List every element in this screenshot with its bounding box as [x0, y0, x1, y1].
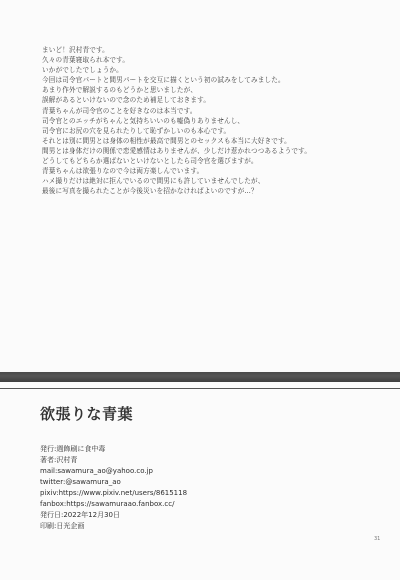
colophon-author: 著者:沢村青: [40, 455, 187, 466]
afterword-line: 最後に写真を撮られたことが今後災いを招かなければよいのですが…？: [42, 186, 382, 196]
afterword-line: あまり作外で解説するのもどうかと思いましたが、: [42, 85, 382, 95]
afterword-line: 司令官とのエッチがちゃんと気持ちいいのも嘘偽りありませんし、: [42, 116, 382, 126]
afterword-line: それとは別に間男とは身体の相性が最高で間男とのセックスも本当に大好きです。: [42, 136, 382, 146]
colophon-publisher: 発行:週飾刷に食中毒: [40, 444, 187, 455]
colophon-fanbox: fanbox:https://sawamuraao.fanbox.cc/: [40, 499, 187, 510]
afterword-line: ハメ撮りだけは絶対に拒んでいるので間男にも許していませんでしたが、: [42, 176, 382, 186]
afterword-text: まいど！沢村青です。 久々の青葉寝取られ本です。 いかがでしたでしょうか。 今回…: [42, 45, 382, 196]
divider-thick-bar: [0, 372, 400, 382]
afterword-line: まいど！沢村青です。: [42, 45, 382, 55]
afterword-line: いかがでしたでしょうか。: [42, 65, 382, 75]
divider-thin-line: [0, 388, 400, 389]
afterword-line: 今回は司令官パートと間男パートを交互に描くという初の試みをしてみました。: [42, 75, 382, 85]
page-number: 31: [374, 536, 380, 542]
colophon-date: 発行日:2022年12月30日: [40, 510, 187, 521]
afterword-line: どうしてもどちらか選ばないといけないとしたら司令官を選びますが。: [42, 156, 382, 166]
colophon-printer: 印刷:日光企画: [40, 521, 187, 532]
afterword-line: 青葉ちゃんは欲張りなので今は両方楽しんでいます。: [42, 166, 382, 176]
afterword-line: 司令官にお尻の穴を見られたりして恥ずかしいのも本心です。: [42, 126, 382, 136]
book-title: 欲張りな青葉: [40, 403, 133, 424]
colophon: 発行:週飾刷に食中毒 著者:沢村青 mail:sawamura_ao@yahoo…: [40, 444, 187, 532]
colophon-twitter: twitter:@sawamura_ao: [40, 477, 187, 488]
afterword-line: 誤解があるといけないので念のため補足しておきます。: [42, 95, 382, 105]
afterword-line: 久々の青葉寝取られ本です。: [42, 55, 382, 65]
colophon-mail: mail:sawamura_ao@yahoo.co.jp: [40, 466, 187, 477]
afterword-line: 青葉ちゃんが司令官のことを好きなのは本当です。: [42, 106, 382, 116]
colophon-pixiv: pixiv:https://www.pixiv.net/users/861511…: [40, 488, 187, 499]
afterword-line: 間男とは身体だけの関係で恋愛感情はありませんが、少しだけ惹かれつつあるようです。: [42, 146, 382, 156]
